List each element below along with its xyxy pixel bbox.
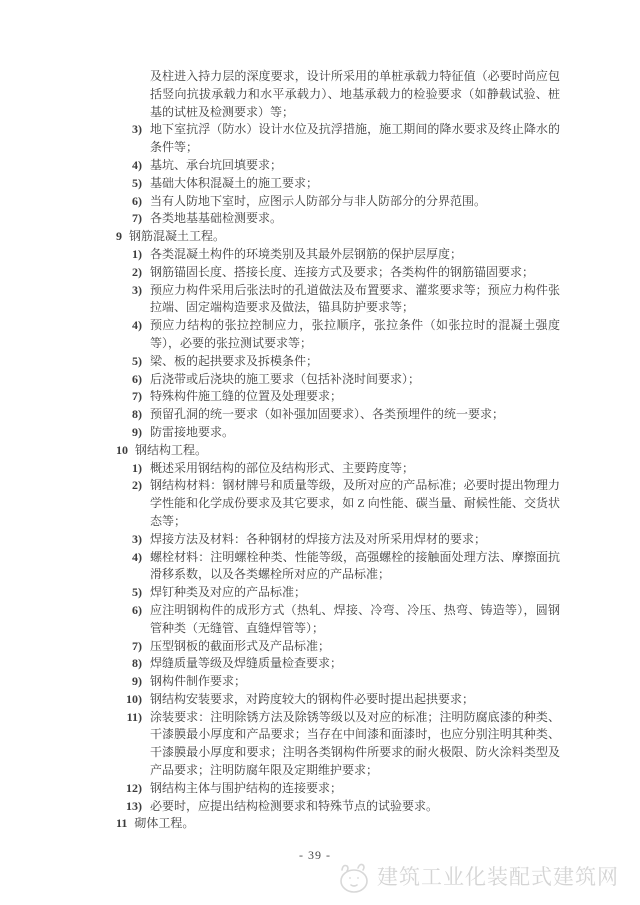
section-title: 钢筋混凝土工程。: [129, 229, 225, 243]
section-heading: 10钢结构工程。: [104, 442, 560, 460]
list-item: 9)防雷接地要求。: [104, 424, 560, 442]
list-item: 13)必要时，应提出结构检测要求和特殊节点的试验要求。: [104, 798, 560, 816]
item-number: 3): [104, 282, 150, 318]
watermark: 建筑工业化装配式建筑网: [336, 854, 619, 898]
item-number: 2): [104, 264, 150, 282]
item-text: 涂装要求：注明除锈方法及除锈等级以及对应的标准；注明防腐底漆的种类、干漆膜最小厚…: [150, 709, 560, 780]
list-item: 7)压型钢板的截面形式及产品标准；: [104, 638, 560, 656]
item-text: 必要时，应提出结构检测要求和特殊节点的试验要求。: [150, 798, 560, 816]
section-number: 9: [116, 229, 122, 243]
item-text: 地下室抗浮（防水）设计水位及抗浮措施，施工期间的降水要求及终止降水的条件等；: [150, 121, 560, 157]
item-text: 当有人防地下室时，应图示人防部分与非人防部分的分界范围。: [150, 193, 560, 211]
item-number: 1): [104, 246, 150, 264]
watermark-text: 建筑工业化装配式建筑网: [377, 861, 619, 891]
list-item: 1)各类混凝土构件的环境类别及其最外层钢筋的保护层厚度；: [104, 246, 560, 264]
list-item: 3)预应力构件采用后张法时的孔道做法及布置要求、灌浆要求等；预应力构件张拉端、固…: [104, 282, 560, 318]
item-number: 10): [104, 691, 150, 709]
item-number: 5): [104, 175, 150, 193]
item-number: 3): [104, 531, 150, 549]
item-text: 基础大体积混凝土的施工要求；: [150, 175, 560, 193]
paragraph-continuation: 及柱进入持力层的深度要求，设计所采用的单桩承载力特征值（必要时尚应包括竖向抗拔承…: [104, 68, 560, 121]
item-text: 螺栓材料：注明螺栓种类、性能等级，高强螺栓的接触面处理方法、摩擦面抗滑移系数，以…: [150, 549, 560, 585]
item-text: 防雷接地要求。: [150, 424, 560, 442]
item-text: 预应力结构的张拉控制应力，张拉顺序，张拉条件（如张拉时的混凝土强度等），必要的张…: [150, 317, 560, 353]
item-number: 6): [104, 193, 150, 211]
item-text: 焊接方法及材料：各种钢材的焊接方法及对所采用焊材的要求；: [150, 531, 560, 549]
list-item: 8)预留孔洞的统一要求（如补强加固要求）、各类预埋件的统一要求；: [104, 406, 560, 424]
list-item: 3)地下室抗浮（防水）设计水位及抗浮措施，施工期间的降水要求及终止降水的条件等；: [104, 121, 560, 157]
list-item: 5)基础大体积混凝土的施工要求；: [104, 175, 560, 193]
item-number: 3): [104, 121, 150, 157]
item-text: 概述采用钢结构的部位及结构形式、主要跨度等；: [150, 460, 560, 478]
sections-container: 3)地下室抗浮（防水）设计水位及抗浮措施，施工期间的降水要求及终止降水的条件等；…: [104, 121, 560, 833]
list-item: 5)梁、板的起拱要求及拆模条件；: [104, 353, 560, 371]
list-item: 6)后浇带或后浇块的施工要求（包括补浇时间要求）；: [104, 371, 560, 389]
item-text: 钢结构主体与围护结构的连接要求；: [150, 780, 560, 798]
item-number: 13): [104, 798, 150, 816]
item-number: 2): [104, 477, 150, 530]
item-number: 11): [104, 709, 150, 780]
list-item: 8)焊缝质量等级及焊缝质量检查要求；: [104, 655, 560, 673]
item-text: 后浇带或后浇块的施工要求（包括补浇时间要求）；: [150, 371, 560, 389]
item-number: 9): [104, 424, 150, 442]
item-number: 7): [104, 210, 150, 228]
section-heading: 11砌体工程。: [104, 815, 560, 833]
section-title: 钢结构工程。: [135, 443, 207, 457]
item-text: 压型钢板的截面形式及产品标准；: [150, 638, 560, 656]
item-text: 预留孔洞的统一要求（如补强加固要求）、各类预埋件的统一要求；: [150, 406, 560, 424]
item-text: 钢结构安装要求，对跨度较大的钢构件必要时提出起拱要求；: [150, 691, 560, 709]
section-title: 砌体工程。: [134, 816, 194, 830]
item-text: 各类混凝土构件的环境类别及其最外层钢筋的保护层厚度；: [150, 246, 560, 264]
list-item: 9)钢构件制作要求；: [104, 673, 560, 691]
list-item: 4)螺栓材料：注明螺栓种类、性能等级，高强螺栓的接触面处理方法、摩擦面抗滑移系数…: [104, 549, 560, 585]
item-number: 1): [104, 460, 150, 478]
list-item: 7)特殊构件施工缝的位置及处理要求；: [104, 388, 560, 406]
item-number: 5): [104, 584, 150, 602]
item-text: 焊钉种类及对应的产品标准；: [150, 584, 560, 602]
section-heading: 9钢筋混凝土工程。: [104, 228, 560, 246]
item-number: 7): [104, 638, 150, 656]
list-item: 4)基坑、承台坑回填要求；: [104, 157, 560, 175]
item-text: 各类地基基础检测要求。: [150, 210, 560, 228]
item-text: 焊缝质量等级及焊缝质量检查要求；: [150, 655, 560, 673]
list-item: 2)钢筋锚固长度、搭接长度、连接方式及要求；各类构件的钢筋锚固要求；: [104, 264, 560, 282]
item-number: 8): [104, 655, 150, 673]
item-number: 7): [104, 388, 150, 406]
list-item: 7)各类地基基础检测要求。: [104, 210, 560, 228]
list-item: 12)钢结构主体与围护结构的连接要求；: [104, 780, 560, 798]
section-number: 11: [116, 816, 127, 830]
list-item: 11)涂装要求：注明除锈方法及除锈等级以及对应的标准；注明防腐底漆的种类、干漆膜…: [104, 709, 560, 780]
item-number: 4): [104, 317, 150, 353]
item-text: 特殊构件施工缝的位置及处理要求；: [150, 388, 560, 406]
list-item: 6)应注明钢构件的成形方式（热轧、焊接、冷弯、冷压、热弯、铸造等），圆钢管种类（…: [104, 602, 560, 638]
item-text: 预应力构件采用后张法时的孔道做法及布置要求、灌浆要求等；预应力构件张拉端、固定端…: [150, 282, 560, 318]
section-number: 10: [116, 443, 128, 457]
list-item: 1)概述采用钢结构的部位及结构形式、主要跨度等；: [104, 460, 560, 478]
item-number: 5): [104, 353, 150, 371]
item-text: 钢筋锚固长度、搭接长度、连接方式及要求；各类构件的钢筋锚固要求；: [150, 264, 560, 282]
item-text: 基坑、承台坑回填要求；: [150, 157, 560, 175]
item-text: 应注明钢构件的成形方式（热轧、焊接、冷弯、冷压、热弯、铸造等），圆钢管种类（无缝…: [150, 602, 560, 638]
item-number: 9): [104, 673, 150, 691]
item-number: 6): [104, 602, 150, 638]
list-item: 10)钢结构安装要求，对跨度较大的钢构件必要时提出起拱要求；: [104, 691, 560, 709]
list-item: 6)当有人防地下室时，应图示人防部分与非人防部分的分界范围。: [104, 193, 560, 211]
item-number: 8): [104, 406, 150, 424]
document-page: 及柱进入持力层的深度要求，设计所采用的单桩承载力特征值（必要时尚应包括竖向抗拔承…: [0, 0, 640, 905]
item-number: 12): [104, 780, 150, 798]
item-number: 4): [104, 157, 150, 175]
list-item: 3)焊接方法及材料：各种钢材的焊接方法及对所采用焊材的要求；: [104, 531, 560, 549]
mascot-logo-icon: [336, 860, 374, 898]
list-item: 4)预应力结构的张拉控制应力，张拉顺序，张拉条件（如张拉时的混凝土强度等），必要…: [104, 317, 560, 353]
list-item: 5)焊钉种类及对应的产品标准；: [104, 584, 560, 602]
document-body: 及柱进入持力层的深度要求，设计所采用的单桩承载力特征值（必要时尚应包括竖向抗拔承…: [104, 68, 560, 833]
item-number: 4): [104, 549, 150, 585]
item-text: 梁、板的起拱要求及拆模条件；: [150, 353, 560, 371]
item-number: 6): [104, 371, 150, 389]
item-text: 钢构件制作要求；: [150, 673, 560, 691]
item-text: 钢结构材料：钢材牌号和质量等级，及所对应的产品标准；必要时提出物理力学性能和化学…: [150, 477, 560, 530]
list-item: 2)钢结构材料：钢材牌号和质量等级，及所对应的产品标准；必要时提出物理力学性能和…: [104, 477, 560, 530]
